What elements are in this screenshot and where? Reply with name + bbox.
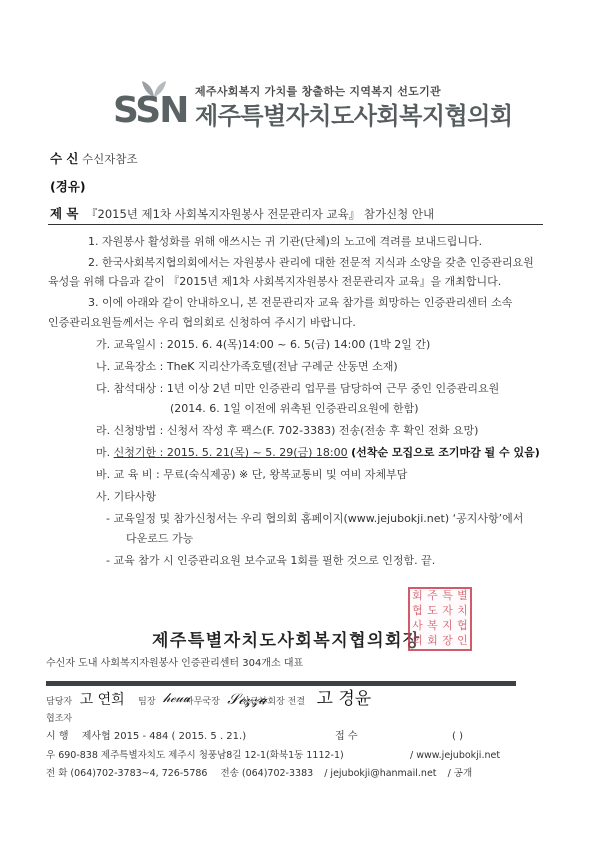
seal-char: 치 <box>455 604 470 619</box>
item-label: 참석대상 <box>114 382 157 395</box>
receipt-row: 접 수 <box>335 730 358 744</box>
item-marker: 라. <box>96 424 110 437</box>
seal-char: 도 <box>425 604 440 619</box>
seal-char: 자 <box>440 604 455 619</box>
item-marker: 마. <box>96 446 110 459</box>
item-method: 라. 신청방법 : 신청서 작성 후 팩스(F. 702-3383) 전송(전송… <box>96 424 478 438</box>
item-marker: 나. <box>96 360 110 373</box>
item-label: 신청기한 <box>114 446 157 459</box>
item-label: 교육일시 <box>114 338 157 351</box>
sender-title: 제주특별자치도사회복지협의회장 <box>152 626 421 651</box>
fax: 전송 (064)702-3383 <box>221 768 314 779</box>
cooperator-label: 협조자 <box>46 712 72 726</box>
etc-line-2: 다운로드 가능 <box>126 532 193 546</box>
item-marker: 사. <box>96 490 110 503</box>
document-page: SSN 제주사회복지 가치를 창출하는 지역복지 선도기관 제주특별자치도사회복… <box>0 0 595 842</box>
seal-char: 복 <box>425 619 440 634</box>
paragraph-2-line-1: 2. 한국사회복지협의회에서는 자원봉사 관리에 대한 전문적 지식과 소양을 … <box>88 256 534 270</box>
item-value: 2015. 5. 21(목) ~ 5. 29(금) 18:00 <box>167 446 348 459</box>
approval-row: 담당자 고 연희 팀장 𝒽ℯ𝓊𝓊 사무국장 𝒮ℯ𝓏𝓏𝒶 상근부회장 전결 고 경… <box>46 692 371 709</box>
paragraph-1: 1. 자원봉사 활성화를 위해 애쓰시는 귀 기관(단체)의 노고에 격려를 보… <box>88 235 482 249</box>
item-schedule: 가. 교육일시 : 2015. 6. 4(목)14:00 ~ 6. 5(금) 1… <box>96 338 430 352</box>
team-leader-signature: 𝒽ℯ𝓊𝓊 <box>163 692 190 706</box>
staff-signature: 고 연희 <box>80 692 125 708</box>
logo-ssn: SSN <box>113 92 187 130</box>
item-note: (선착순 모집으로 조기마감 될 수 있음) <box>351 446 540 459</box>
item-target: 다. 참석대상 : 1년 이상 2년 미만 인증관리 업무를 담당하여 근무 중… <box>96 382 499 396</box>
secretary-general-signature: 𝒮ℯ𝓏𝓏𝒶 <box>227 692 267 706</box>
phone-row: 전 화 (064)702-3783~4, 726-5786 전송 (064)70… <box>46 767 472 781</box>
enforcement-row: 시 행 제사협 2015 - 484 ( 2015. 5 . 21.) <box>46 730 246 744</box>
seal-char: 의 <box>410 634 425 649</box>
seal-char: 회 <box>425 634 440 649</box>
item-venue: 나. 교육장소 : TheK 지리산가족호텔(전남 구례군 산동면 소재) <box>96 360 398 374</box>
website: / www.jejubokji.net <box>410 749 500 763</box>
item-label: 교육장소 <box>114 360 157 373</box>
item-label: 기타사항 <box>114 490 157 503</box>
footer-divider <box>46 681 516 686</box>
etc-line-1: - 교육일정 및 참가신청서는 우리 협의회 홈페이지(www.jejubokj… <box>106 512 523 526</box>
recipients-list: 수신자 도내 사회복지자원봉사 인증관리센터 304개소 대표 <box>46 657 303 671</box>
etc-line-3: - 교육 참가 시 인증관리요원 보수교육 1회를 필한 것으로 인정함. 끝. <box>106 554 435 568</box>
subject-label: 제 목 <box>50 206 79 221</box>
vice-president-signature: 고 경윤 <box>317 689 372 709</box>
seal-char: 특 <box>440 589 455 604</box>
paragraph-3-line-1: 3. 이에 아래와 같이 안내하오니, 본 전문관리자 교육 참가를 희망하는 … <box>88 296 512 310</box>
item-value: 신청서 작성 후 팩스(F. 702-3383) 전송(전송 후 확인 전화 요… <box>167 424 479 437</box>
paragraph-3-line-2: 인증관리요원들께서는 우리 협의회로 신청하여 주시기 바랍니다. <box>48 316 356 330</box>
seal-char: 협 <box>455 619 470 634</box>
item-label: 교 육 비 <box>114 468 153 481</box>
recipient-label: 수 신 <box>50 151 79 166</box>
seal-char: 주 <box>425 589 440 604</box>
item-value: 2015. 6. 4(목)14:00 ~ 6. 5(금) 14:00 (1박 2… <box>167 338 430 351</box>
seal-char: 인 <box>455 634 470 649</box>
item-value: TheK 지리산가족호텔(전남 구례군 산동면 소재) <box>167 360 398 373</box>
org-name: 제주특별자치도사회복지협의회 <box>195 96 513 131</box>
staff-label: 담당자 <box>46 697 72 707</box>
item-target-note: (2014. 6. 1일 이전에 위촉된 인증관리요원에 한함) <box>170 402 419 416</box>
via-row: (경유) <box>50 180 86 195</box>
address: 우 690-838 제주특별자치도 제주시 청풍남8길 12-1(화북1동 11… <box>46 749 344 763</box>
item-value: 1년 이상 2년 미만 인증관리 업무를 담당하여 근무 중인 인증관리요원 <box>167 382 499 395</box>
enforcement-number: 제사협 2015 - 484 ( 2015. 5 . 21.) <box>82 731 246 742</box>
seal-char: 협 <box>410 604 425 619</box>
receipt-label: 접 수 <box>335 731 358 742</box>
recipient-value: 수신자참조 <box>82 152 138 166</box>
disclosure-status: / 공개 <box>448 768 473 779</box>
org-logo: SSN 제주사회복지 가치를 창출하는 지역복지 선도기관 제주특별자치도사회복… <box>113 80 513 130</box>
seal-char: 지 <box>440 619 455 634</box>
item-marker: 바. <box>96 468 110 481</box>
team-leader-label: 팀장 <box>138 697 155 707</box>
item-value: 무료(숙식제공) ※ 단, 왕복교통비 및 여비 자체부담 <box>163 468 407 481</box>
subject-divider <box>48 224 543 225</box>
email: / jejubokji@hanmail.net <box>324 768 436 779</box>
item-fee: 바. 교 육 비 : 무료(숙식제공) ※ 단, 왕복교통비 및 여비 자체부담 <box>96 468 407 482</box>
seal-char: 회 <box>410 589 425 604</box>
seal-char: 별 <box>455 589 470 604</box>
official-seal: 회 주 특 별 협 도 자 치 사 복 지 협 의 회 장 인 <box>408 587 472 651</box>
seal-char: 장 <box>440 634 455 649</box>
recipient-row: 수 신 수신자참조 <box>50 152 138 167</box>
subject-row: 제 목 『2015년 제1차 사회복지자원봉사 전문관리자 교육』 참가신청 안… <box>50 207 434 222</box>
item-deadline: 마. 신청기한 : 2015. 5. 21(목) ~ 5. 29(금) 18:0… <box>96 446 540 460</box>
item-marker: 가. <box>96 338 110 351</box>
receipt-value: ( ) <box>452 730 463 744</box>
enforcement-label: 시 행 <box>46 731 69 742</box>
phone: 전 화 (064)702-3783~4, 726-5786 <box>46 768 207 779</box>
subject-value: 『2015년 제1차 사회복지자원봉사 전문관리자 교육』 참가신청 안내 <box>86 207 434 221</box>
via-label: (경유) <box>50 179 86 194</box>
item-marker: 다. <box>96 382 110 395</box>
seal-char: 사 <box>410 619 425 634</box>
item-etc: 사. 기타사항 <box>96 490 156 504</box>
item-label: 신청방법 <box>114 424 157 437</box>
paragraph-2-line-2: 육성을 위해 다음과 같이 『2015년 제1차 사회복지자원봉사 전문관리자 … <box>48 275 501 289</box>
